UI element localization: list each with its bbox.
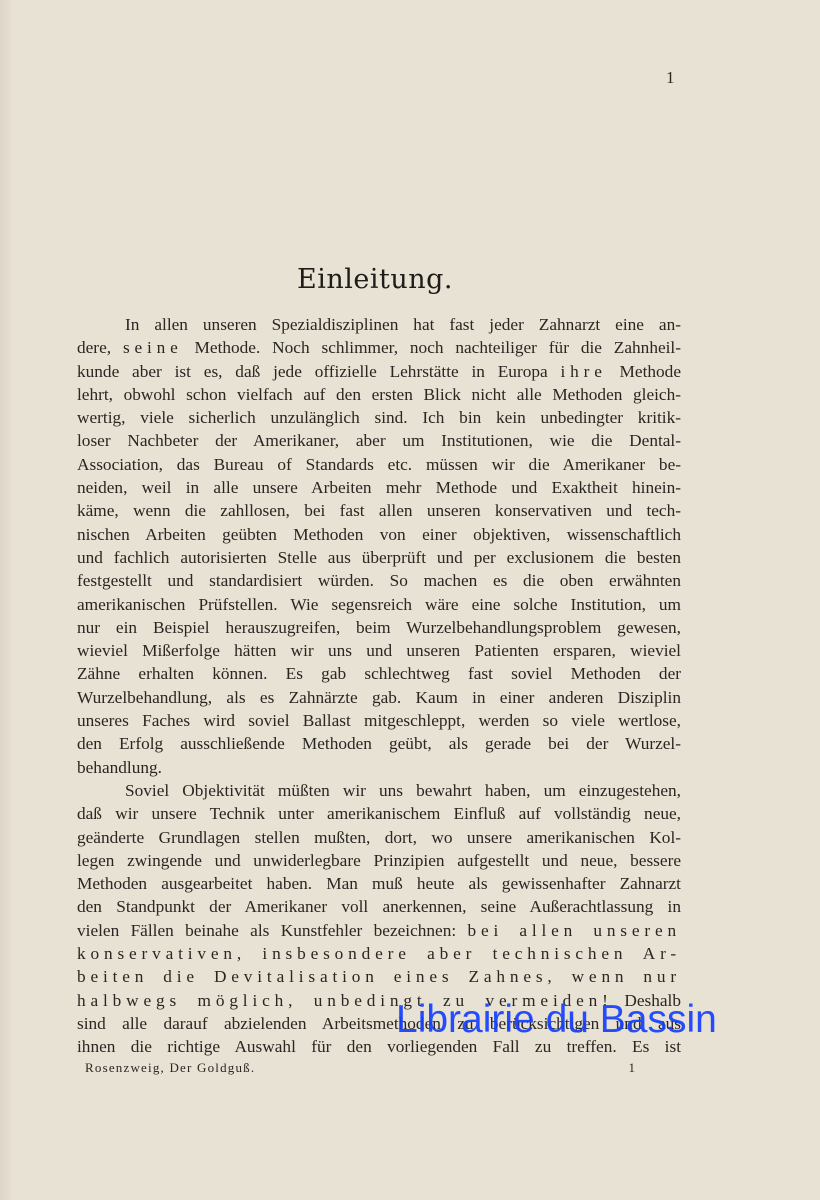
text-line: käme, wenn die zahllosen, bei fast allen…	[77, 499, 681, 522]
page-number: 1	[666, 66, 675, 90]
text-line: wertig, viele sicherlich unzulänglich si…	[77, 406, 681, 429]
text-line: daß wir unsere Technik unter amerikanisc…	[77, 802, 681, 825]
text-line: In allen unseren Spezialdisziplinen hat …	[77, 313, 681, 336]
text-line: loser Nachbeter der Amerikaner, aber um …	[77, 429, 681, 452]
chapter-title: Einleitung.	[0, 262, 750, 298]
footer-signature: 1	[629, 1058, 646, 1078]
text-line: Zähne erhalten können. Es gab schlechtwe…	[77, 662, 681, 685]
text-line: Methoden ausgearbeitet haben. Man muß he…	[77, 872, 681, 895]
text-line: wieviel Mißerfolge hätten wir uns und un…	[77, 639, 681, 662]
emphasis-spaced: bei allen unseren	[468, 921, 681, 940]
page-edge-shadow	[0, 0, 14, 1200]
text-line: den Standpunkt der Amerikaner voll anerk…	[77, 895, 681, 918]
text-line: amerikanischen Prüfstellen. Wie segensre…	[77, 593, 681, 616]
emphasis-spaced: seine	[123, 338, 183, 357]
text-line: nischen Arbeiten geübten Methoden von ei…	[77, 523, 681, 546]
page-footer: Rosenzweig, Der Goldguß. 1	[85, 1058, 645, 1078]
text-line: behandlung.	[77, 756, 681, 779]
text-line: unseres Faches wird soviel Ballast mitge…	[77, 709, 681, 732]
text-line: kunde aber ist es, daß jede offizielle L…	[77, 360, 681, 383]
text-line: Soviel Objektivität müßten wir uns bewah…	[77, 779, 681, 802]
text-line: geänderte Grundlagen stellen mußten, dor…	[77, 826, 681, 849]
text-line: neiden, weil in alle unsere Arbeiten meh…	[77, 476, 681, 499]
footer-author-title: Rosenzweig, Der Goldguß.	[85, 1058, 255, 1078]
text-line: Wurzelbehandlung, als es Zahnärzte gab. …	[77, 686, 681, 709]
text-line: den Erfolg ausschließende Methoden geübt…	[77, 732, 681, 755]
body-text: In allen unseren Spezialdisziplinen hat …	[77, 313, 681, 1059]
emphasis-spaced: ihre	[560, 362, 606, 381]
text-line: konservativen, insbesondere aber technis…	[77, 942, 681, 965]
text-line: beiten die Devitalisation eines Zahnes, …	[77, 965, 681, 988]
text-line: und fachlich autorisierten Stelle aus üb…	[77, 546, 681, 569]
text-line: festgestellt und standardisiert würden. …	[77, 569, 681, 592]
text-line: dere, seine Methode. Noch schlimmer, noc…	[77, 336, 681, 359]
text-line: lehrt, obwohl schon vielfach auf den ers…	[77, 383, 681, 406]
watermark: Librairie du Bassin	[396, 996, 717, 1044]
text-line: nur ein Beispiel herauszugreifen, beim W…	[77, 616, 681, 639]
text-line: legen zwingende und unwiderlegbare Prinz…	[77, 849, 681, 872]
text-line: vielen Fällen beinahe als Kunstfehler be…	[77, 919, 681, 942]
text-line: Association, das Bureau of Standards etc…	[77, 453, 681, 476]
